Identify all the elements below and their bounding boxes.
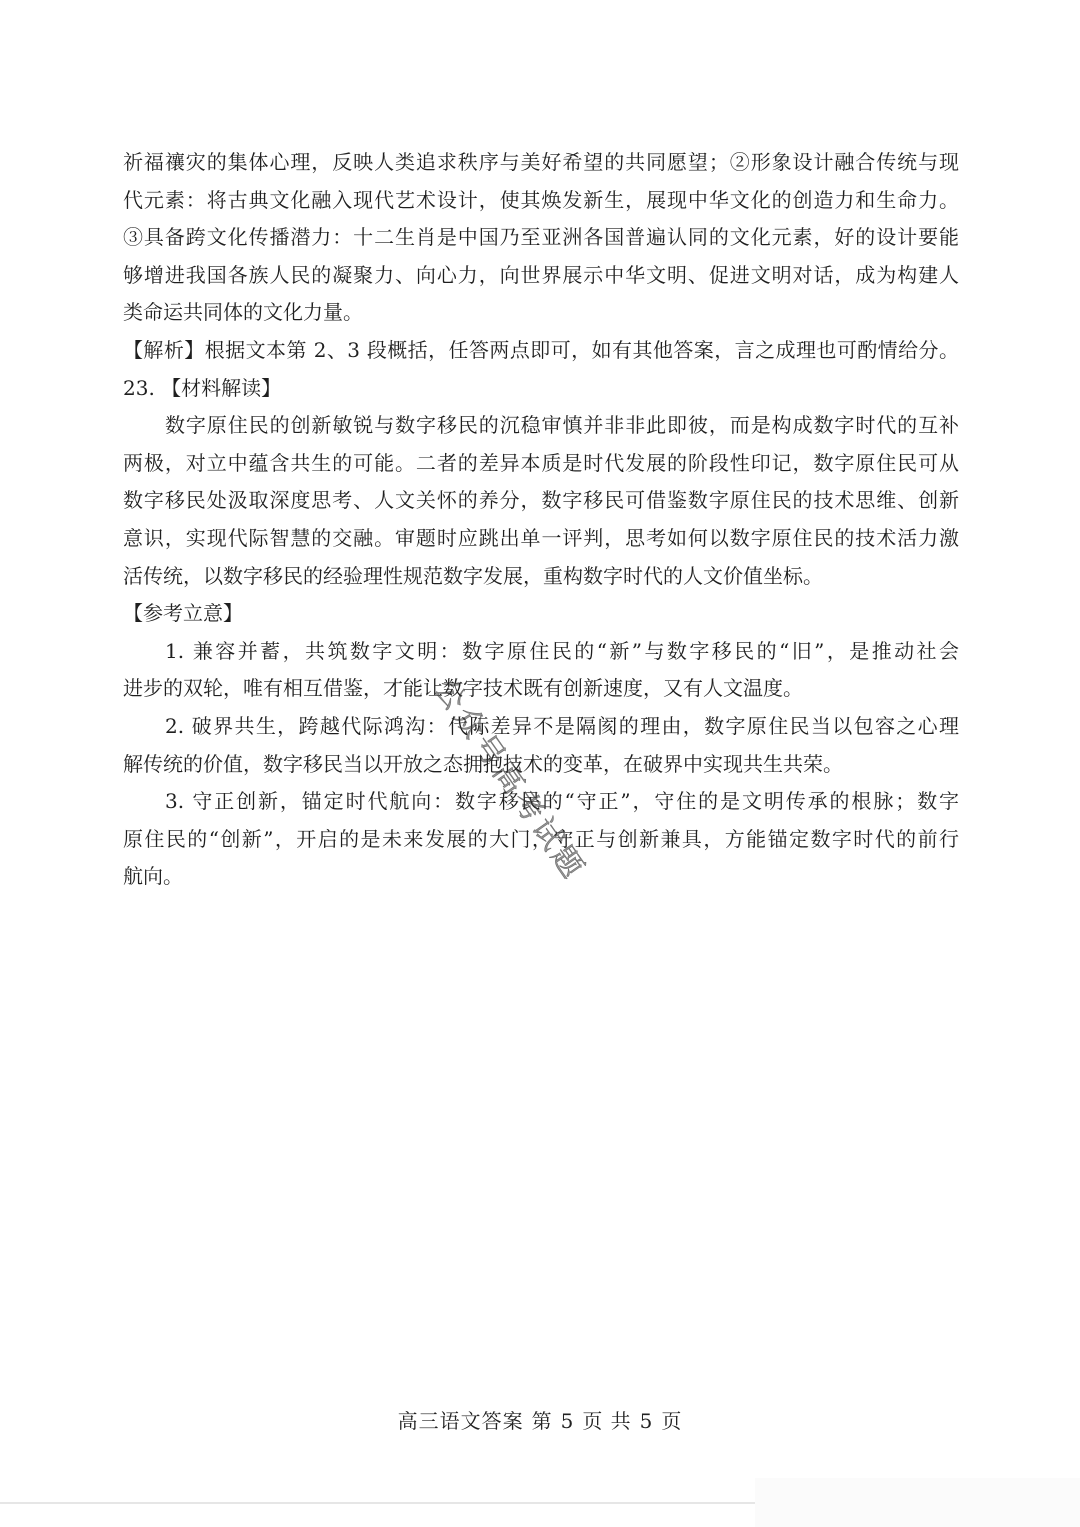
footer-page-mid: 页 共 [582, 1409, 631, 1433]
reference-point-line: 2. 破界共生，跨越代际鸿沟：代际差异不是隔阂的理由，数字原住民当以包容之心理 [123, 708, 959, 746]
footer-page-prefix: 第 [532, 1409, 553, 1433]
material-line: 意识，实现代际智慧的交融。审题时应跳出单一评判，思考如何以数字原住民的技术活力激 [123, 520, 959, 558]
material-line: 两极，对立中蕴含共生的可能。二者的差异本质是时代发展的阶段性印记，数字原住民可从 [123, 445, 959, 483]
text-line: 类命运共同体的文化力量。 [123, 294, 959, 332]
footer-title: 高三语文答案 [398, 1409, 524, 1433]
reference-heading: 【参考立意】 [123, 595, 959, 633]
material-line: 数字原住民的创新敏锐与数字移民的沉稳审慎并非非此即彼，而是构成数字时代的互补 [123, 407, 959, 445]
question-23-heading: 23. 【材料解读】 [123, 370, 959, 408]
reference-point-line: 3. 守正创新，锚定时代航向：数字移民的“守正”，守住的是文明传承的根脉；数字 [123, 783, 959, 821]
material-line: 数字移民处汲取深度思考、人文关怀的养分，数字移民可借鉴数字原住民的技术思维、创新 [123, 482, 959, 520]
footer-page-current: 5 [561, 1409, 575, 1433]
reference-point-line: 航向。 [123, 858, 959, 896]
material-line: 活传统，以数字移民的经验理性规范数字发展，重构数字时代的人文价值坐标。 [123, 558, 959, 596]
reference-point-line: 进步的双轮，唯有相互借鉴，才能让数字技术既有创新速度，又有人文温度。 [123, 670, 959, 708]
page-bottom-edge [0, 1502, 755, 1504]
footer-page-suffix: 页 [661, 1409, 682, 1433]
footer-page-total: 5 [640, 1409, 654, 1433]
text-line: ③具备跨文化传播潜力：十二生肖是中国乃至亚洲各国普遍认同的文化元素，好的设计要能 [123, 219, 959, 257]
text-line: 代元素：将古典文化融入现代艺术设计，使其焕发新生，展现中华文化的创造力和生命力。 [123, 182, 959, 220]
reference-point-line: 1. 兼容并蓄，共筑数字文明：数字原住民的“新”与数字移民的“旧”，是推动社会 [123, 633, 959, 671]
reference-point-line: 原住民的“创新”，开启的是未来发展的大门，守正与创新兼具，方能锚定数字时代的前行 [123, 821, 959, 859]
analysis-line: 【解析】根据文本第 2、3 段概括，任答两点即可，如有其他答案，言之成理也可酌情… [123, 332, 959, 370]
text-line: 祈福禳灾的集体心理，反映人类追求秩序与美好希望的共同愿望；②形象设计融合传统与现 [123, 144, 959, 182]
page-bottom-shade [755, 1478, 1080, 1527]
document-page: 祈福禳灾的集体心理，反映人类追求秩序与美好希望的共同愿望；②形象设计融合传统与现… [0, 0, 1080, 1527]
page-footer: 高三语文答案第5页 共5页 [0, 1405, 1080, 1434]
page-content: 祈福禳灾的集体心理，反映人类追求秩序与美好希望的共同愿望；②形象设计融合传统与现… [123, 144, 959, 896]
reference-point-line: 解传统的价值，数字移民当以开放之态拥抱技术的变革，在破界中实现共生共荣。 [123, 746, 959, 784]
text-line: 够增进我国各族人民的凝聚力、向心力，向世界展示中华文明、促进文明对话，成为构建人 [123, 257, 959, 295]
